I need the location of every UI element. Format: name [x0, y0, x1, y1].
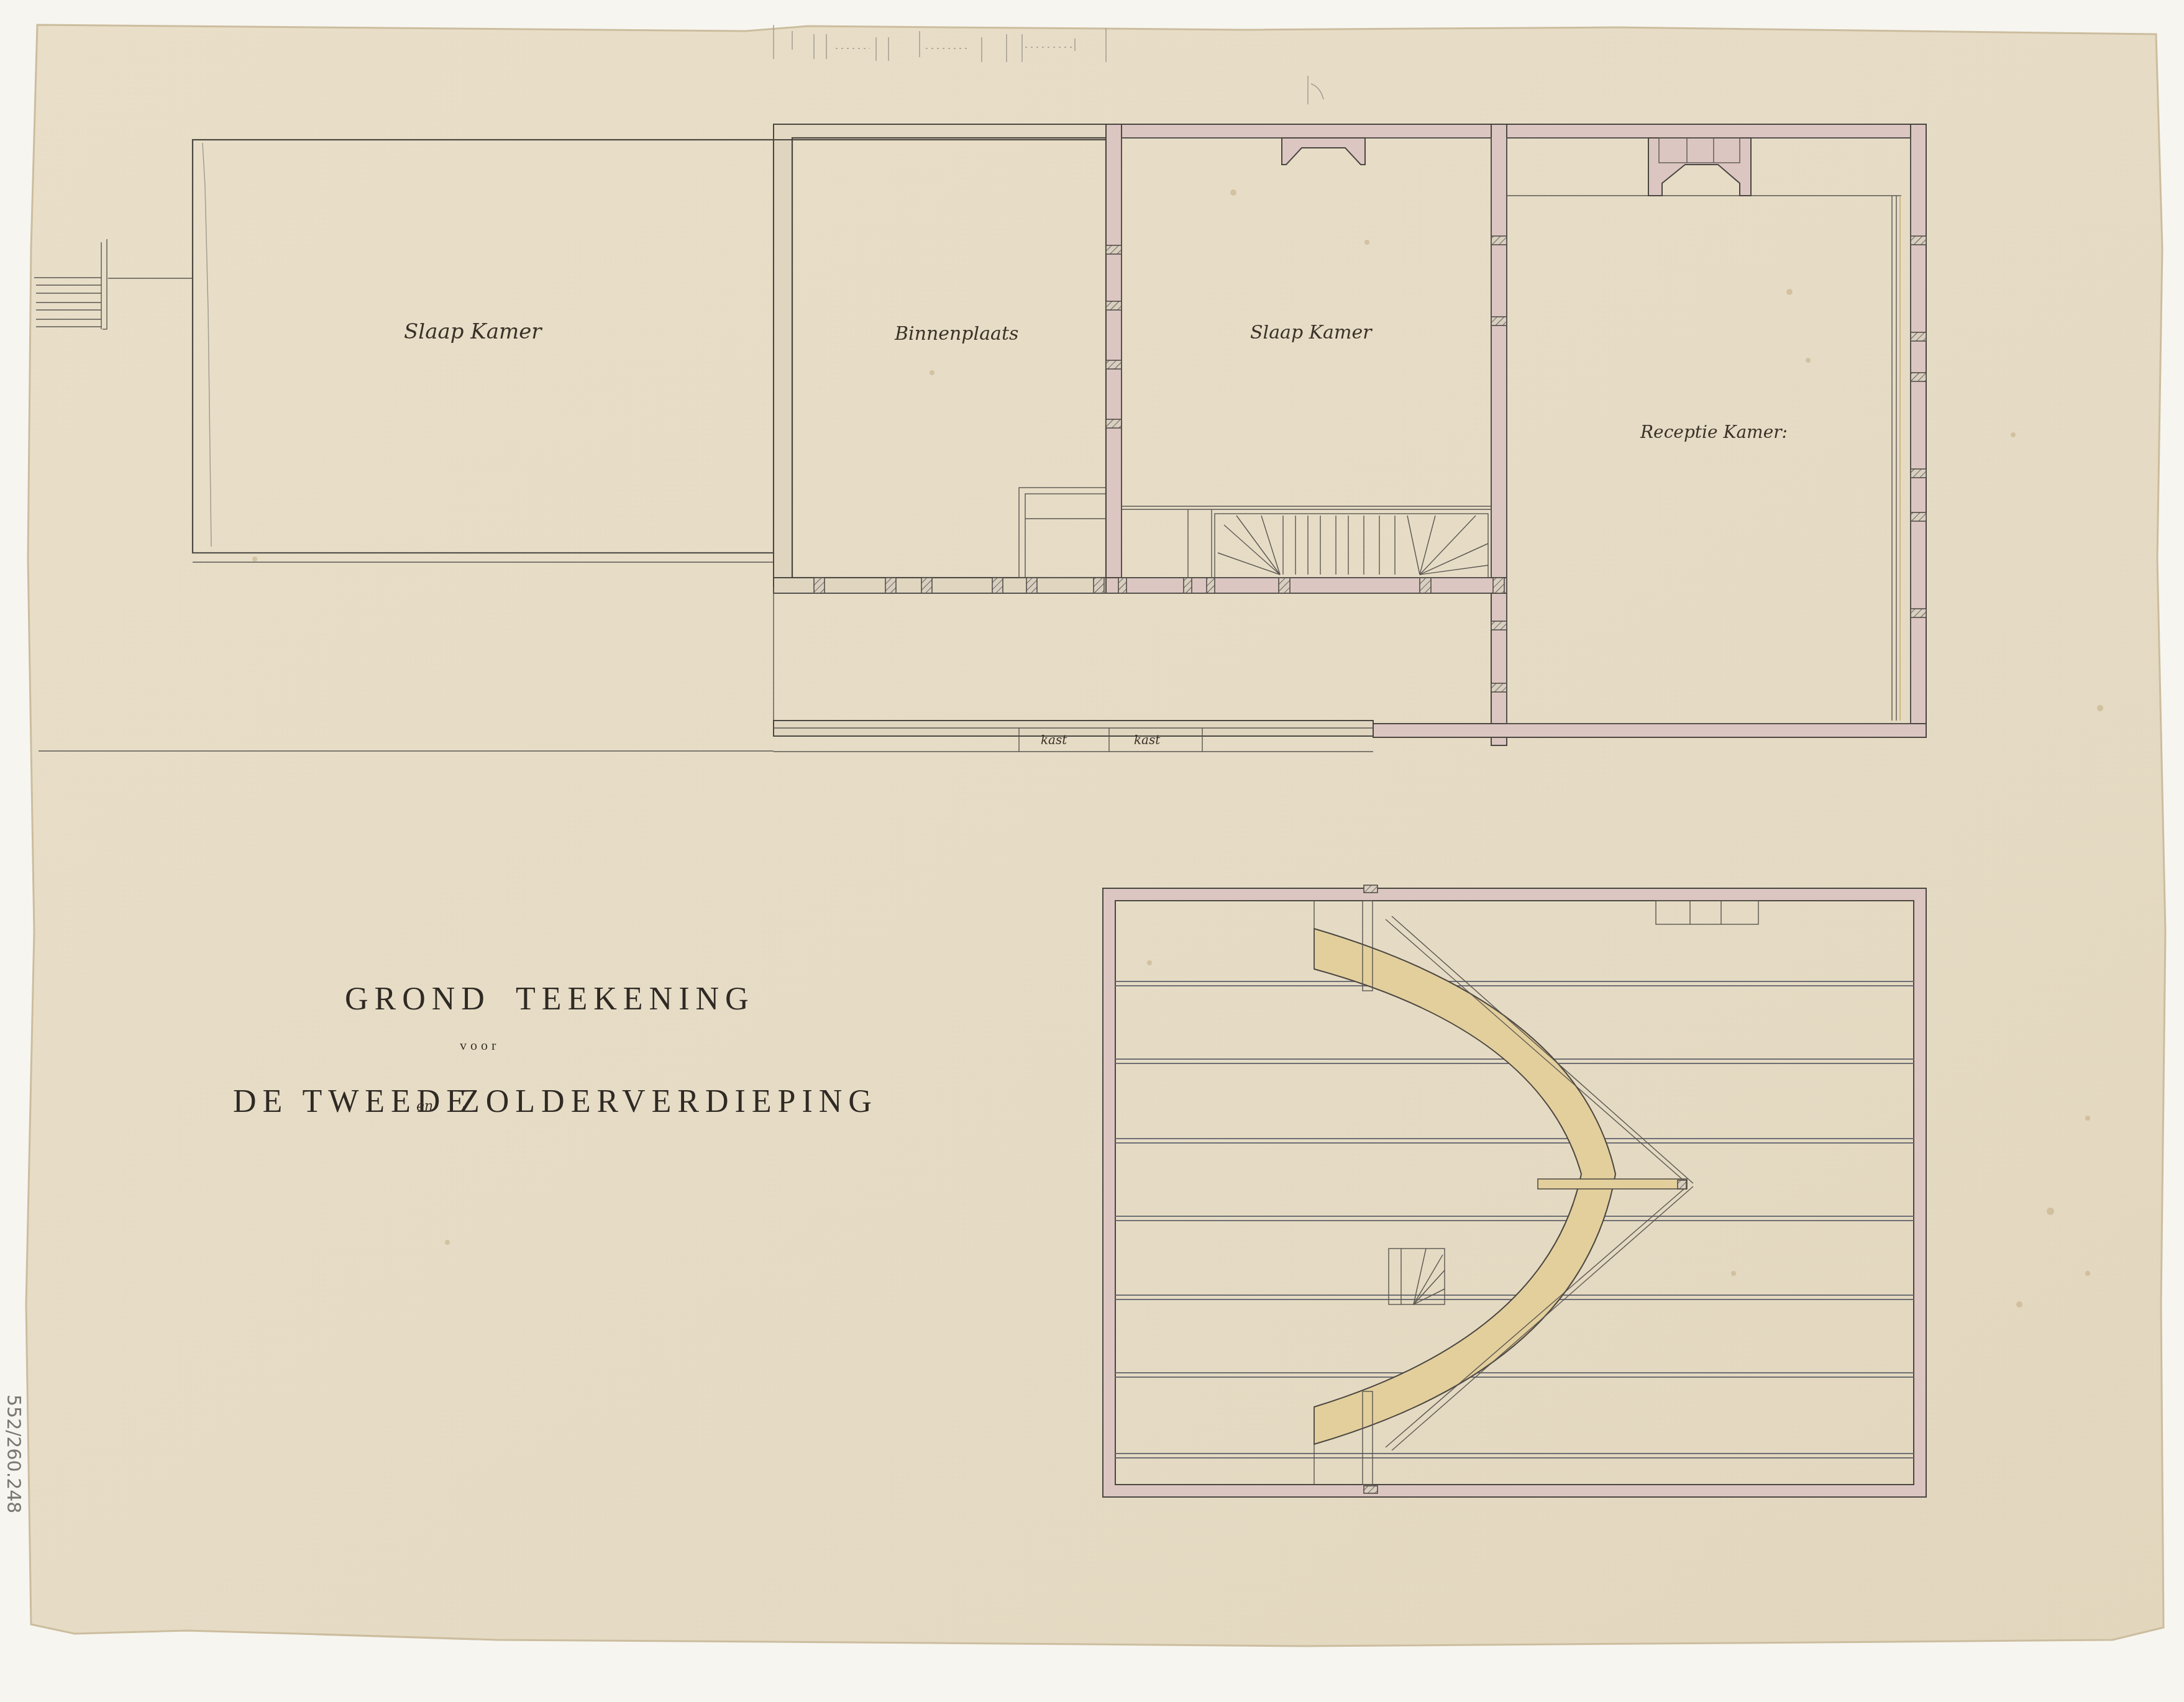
cabinet-label: kast [1134, 732, 1161, 747]
title-word-teekening: TEEKENING [516, 981, 755, 1017]
title-word-grond: GROND [345, 981, 491, 1017]
room-label: Binnenplaats [894, 323, 1018, 345]
paper [26, 25, 2165, 1646]
cabinet-label: kast [1041, 732, 1067, 747]
room-label: Slaap Kamer [1250, 322, 1373, 344]
title-voor: voor [460, 1037, 500, 1053]
title-de-tweede: DE TWEEDE [233, 1084, 472, 1119]
room-label: Slaap Kamer [404, 319, 542, 344]
catalog-number: 552/260.248 [2, 1395, 24, 1513]
drawing-sheet: Slaap Kamer Binnenplaats Slaap Kamer Rec… [0, 0, 2184, 1702]
title-en: en [416, 1099, 433, 1114]
room-label: Receptie Kamer: [1640, 422, 1788, 442]
title-zolderverdieping: ZOLDERVERDIEPING [460, 1084, 878, 1119]
